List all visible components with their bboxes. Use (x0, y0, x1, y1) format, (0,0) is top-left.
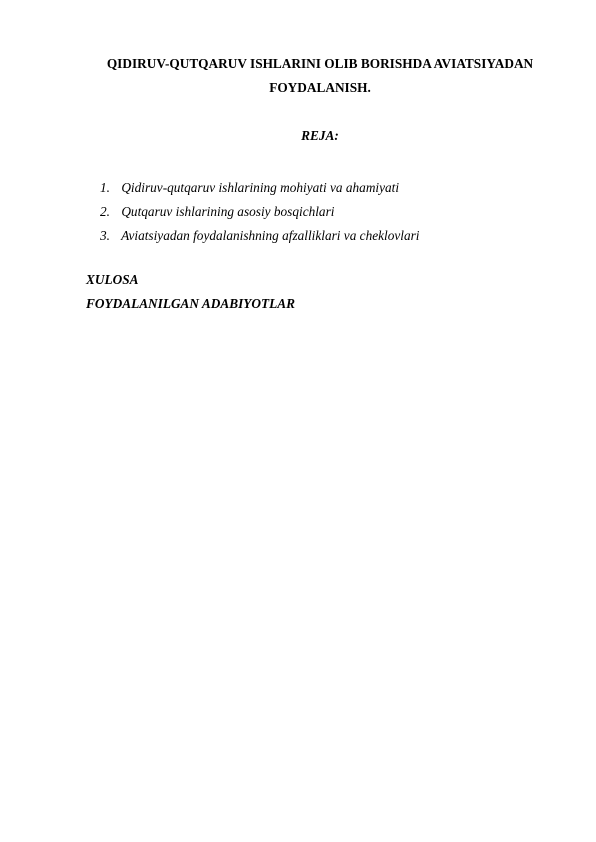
references-heading: FOYDALANILGAN ADABIYOTLAR (86, 296, 295, 312)
plan-item: 2. Qutqaruv ishlarining asosiy bosqichla… (100, 200, 420, 224)
plan-item-number: 3. (100, 224, 118, 248)
conclusion-heading: XULOSA (86, 272, 138, 288)
plan-item: 1. Qidiruv-qutqaruv ishlarining mohiyati… (100, 176, 420, 200)
plan-item-text: Aviatsiyadan foydalanishning afzalliklar… (121, 228, 419, 243)
plan-heading: REJA: (80, 128, 560, 144)
plan-item: 3. Aviatsiyadan foydalanishning afzallik… (100, 224, 420, 248)
document-title-line-2: FOYDALANISH. (80, 76, 560, 100)
plan-list: 1. Qidiruv-qutqaruv ishlarining mohiyati… (100, 176, 420, 248)
document-title-line-1: QIDIRUV-QUTQARUV ISHLARINI OLIB BORISHDA… (80, 52, 560, 76)
plan-item-number: 2. (100, 200, 118, 224)
plan-item-text: Qidiruv-qutqaruv ishlarining mohiyati va… (121, 180, 399, 195)
plan-item-text: Qutqaruv ishlarining asosiy bosqichlari (121, 204, 334, 219)
plan-item-number: 1. (100, 176, 118, 200)
